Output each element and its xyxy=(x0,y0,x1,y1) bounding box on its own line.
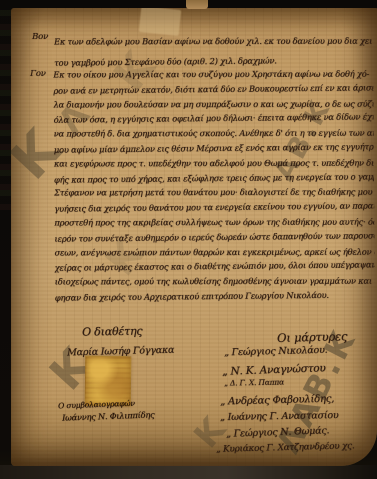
handwriting-line: φησαν δια χειρός του Αρχιερατικού επιτρό… xyxy=(55,287,375,305)
paragraph-marker-3: Γον xyxy=(30,69,46,79)
page-fold-notch xyxy=(186,0,208,9)
testator-heading: Ο διαθέτης xyxy=(82,324,142,338)
scanned-document-photo: Κ Κ Λ ΑΒ.Κ Κ Κ ΛΑΒ.Κ Κ Βον Γον Εκ των αδ… xyxy=(0,0,377,479)
witness-signature: „ Γεώργιος Ν. Θωμάς. xyxy=(226,425,330,440)
witnesses-heading: Οι μάρτυρες xyxy=(277,329,347,345)
witness-signature: „ Ανδρέας Φαβουλίδης, xyxy=(220,394,334,408)
witness-signature: „ Γεώργιος Νικολάου. xyxy=(224,345,328,359)
scan-edge-noise xyxy=(0,10,11,210)
document-page: Κ Κ Λ ΑΒ.Κ Κ Κ ΛΑΒ.Κ Κ Βον Γον Εκ των αδ… xyxy=(11,8,377,466)
handwriting-line: και εγεφύρωσε προς τ. υπεδέχθην του αδελ… xyxy=(54,155,374,171)
witness-signature: „ Ιωάννης Γ. Αναστασίου xyxy=(220,410,339,423)
witness-signatures: „ Γεώργιος Νικολάου.„ Ν. Κ. Αναγνώστου„ … xyxy=(218,344,377,466)
handwriting-line: ιερόν τον συνέταξε αυθημερόν ο ιερεύς δω… xyxy=(54,228,374,246)
handwriting-line: ρον ανά εν μετρητών εκατόν, διότι κατά δ… xyxy=(53,80,373,98)
handwritten-paragraph-3: Εκ του οίκου μου Αγγελίας και του συζύγο… xyxy=(53,66,375,305)
witness-signature: „ Δ. Γ. Χ. Παππα xyxy=(224,377,284,387)
photo-background-strip xyxy=(0,465,377,479)
notary-title-line: Ο συμβολαιογραφών xyxy=(58,399,135,411)
handwriting-line: Εκ των αδελφών μου Βασίαν αφίνω να δοθού… xyxy=(54,31,372,52)
notary-signature: Ιωάννης Ν. Φιλιππίδης xyxy=(62,409,155,422)
witness-signature: „ Ν. Κ. Αναγνώστου xyxy=(222,362,326,378)
witness-signature: „ Κυριάκος Γ. Χατζηανδρέου χς. xyxy=(216,441,355,455)
paragraph-marker-2: Βον xyxy=(32,32,48,42)
